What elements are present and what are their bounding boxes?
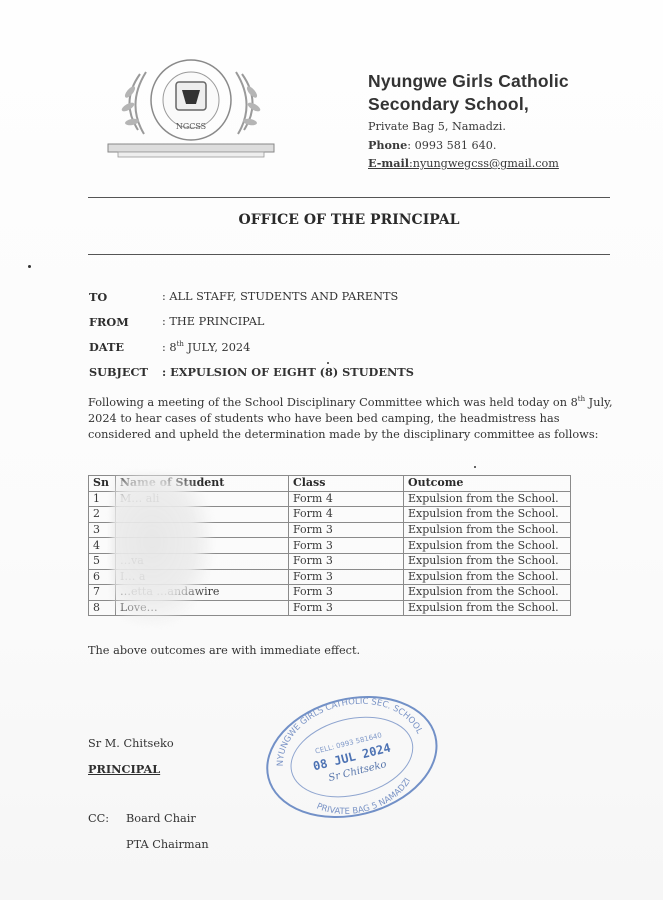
cell-class: Form 3 bbox=[289, 553, 404, 569]
cc-recipient: PTA Chairman bbox=[126, 838, 209, 851]
table-row: 4Form 3Expulsion from the School. bbox=[89, 538, 571, 554]
body-paragraph: Following a meeting of the School Discip… bbox=[88, 391, 623, 443]
signatory-name: Sr M. Chitseko bbox=[88, 737, 174, 750]
school-logo: NGCSS bbox=[100, 52, 282, 162]
cell-sn: 1 bbox=[89, 491, 116, 507]
table-row: 7…etta …andawireForm 3Expulsion from the… bbox=[89, 585, 571, 601]
table-row: 5…vaForm 3Expulsion from the School. bbox=[89, 553, 571, 569]
signatory-title: PRINCIPAL bbox=[88, 762, 160, 776]
divider-bottom bbox=[88, 254, 610, 255]
table-row: 8Love…Form 3Expulsion from the School. bbox=[89, 600, 571, 616]
cell-class: Form 4 bbox=[289, 507, 404, 523]
cell-outcome: Expulsion from the School. bbox=[404, 569, 571, 585]
table-row: 3Form 3Expulsion from the School. bbox=[89, 522, 571, 538]
closing-note: The above outcomes are with immediate ef… bbox=[88, 644, 360, 657]
cell-sn: 5 bbox=[89, 553, 116, 569]
cell-class: Form 3 bbox=[289, 569, 404, 585]
office-title: OFFICE OF THE PRINCIPAL bbox=[88, 212, 610, 228]
letterhead: Nyungwe Girls Catholic Secondary School,… bbox=[368, 70, 608, 172]
document-page: NGCSS Nyungwe Girls Catholic Secondary S… bbox=[0, 0, 663, 900]
cell-outcome: Expulsion from the School. bbox=[404, 491, 571, 507]
cell-class: Form 3 bbox=[289, 585, 404, 601]
col-sn: Sn bbox=[89, 476, 116, 492]
col-name: Name of Student bbox=[116, 476, 289, 492]
cell-outcome: Expulsion from the School. bbox=[404, 522, 571, 538]
school-address: Private Bag 5, Namadzi. bbox=[368, 119, 608, 135]
cell-outcome: Expulsion from the School. bbox=[404, 507, 571, 523]
cell-class: Form 3 bbox=[289, 538, 404, 554]
cell-sn: 8 bbox=[89, 600, 116, 616]
school-email: E-mail:nyungwegcss@gmail.com bbox=[368, 156, 608, 172]
cell-name: M… ali bbox=[116, 491, 289, 507]
scan-speck bbox=[28, 265, 31, 268]
cell-outcome: Expulsion from the School. bbox=[404, 600, 571, 616]
cell-sn: 2 bbox=[89, 507, 116, 523]
table-header-row: Sn Name of Student Class Outcome bbox=[89, 476, 571, 492]
scan-speck bbox=[327, 362, 329, 364]
svg-text:NGCSS: NGCSS bbox=[176, 122, 206, 131]
cell-sn: 7 bbox=[89, 585, 116, 601]
scan-speck bbox=[474, 466, 476, 468]
cell-outcome: Expulsion from the School. bbox=[404, 585, 571, 601]
svg-text:PRIVATE BAG 5 NAMADZI: PRIVATE BAG 5 NAMADZI bbox=[312, 775, 418, 826]
divider-top bbox=[88, 197, 610, 198]
cell-name: …etta …andawire bbox=[116, 585, 289, 601]
cell-class: Form 4 bbox=[289, 491, 404, 507]
cell-name: I… a bbox=[116, 569, 289, 585]
table-row: 2Form 4Expulsion from the School. bbox=[89, 507, 571, 523]
cell-class: Form 3 bbox=[289, 600, 404, 616]
table-row: 1M… aliForm 4Expulsion from the School. bbox=[89, 491, 571, 507]
cell-outcome: Expulsion from the School. bbox=[404, 553, 571, 569]
cell-name: Love… bbox=[116, 600, 289, 616]
cc-label: CC: bbox=[88, 812, 109, 825]
school-phone: Phone: 0993 581 640. bbox=[368, 138, 608, 154]
cell-name bbox=[116, 507, 289, 523]
school-name-line2: Secondary School, bbox=[368, 93, 608, 116]
cell-sn: 4 bbox=[89, 538, 116, 554]
cell-name bbox=[116, 522, 289, 538]
cell-name: …va bbox=[116, 553, 289, 569]
expulsion-table: Sn Name of Student Class Outcome 1M… ali… bbox=[88, 475, 571, 616]
col-class: Class bbox=[289, 476, 404, 492]
cc-recipient: Board Chair bbox=[126, 812, 196, 825]
cell-outcome: Expulsion from the School. bbox=[404, 538, 571, 554]
table-row: 6I… aForm 3Expulsion from the School. bbox=[89, 569, 571, 585]
col-outcome: Outcome bbox=[404, 476, 571, 492]
cell-sn: 3 bbox=[89, 522, 116, 538]
cell-class: Form 3 bbox=[289, 522, 404, 538]
cell-sn: 6 bbox=[89, 569, 116, 585]
cell-name bbox=[116, 538, 289, 554]
official-stamp: NYUNGWE GIRLS CATHOLIC SEC. SCHOOL PRIVA… bbox=[250, 675, 455, 840]
school-name-line1: Nyungwe Girls Catholic bbox=[368, 70, 608, 93]
